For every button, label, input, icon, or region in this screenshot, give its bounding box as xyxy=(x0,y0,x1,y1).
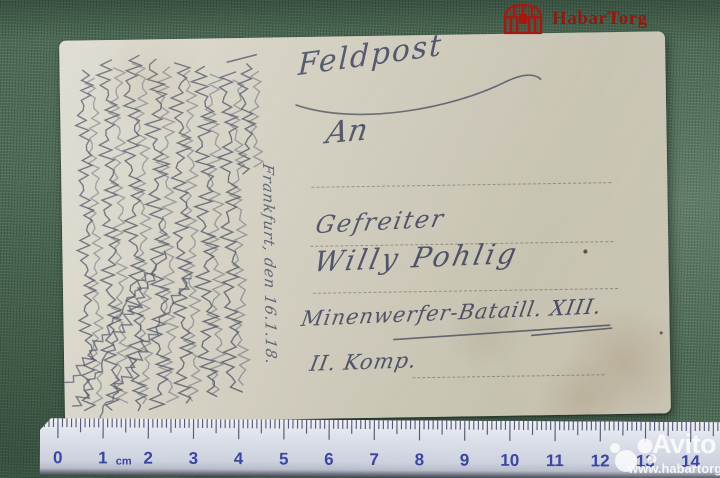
script-stroke xyxy=(64,273,157,382)
script-stroke xyxy=(247,72,263,167)
avito-brand-text: Avito xyxy=(652,429,716,460)
ruler-number: 1 xyxy=(98,448,108,468)
script-stroke xyxy=(296,75,542,115)
script-stroke xyxy=(74,70,98,410)
script-stroke xyxy=(85,78,105,403)
script-stroke xyxy=(98,279,193,423)
script-stroke xyxy=(70,251,169,406)
dateline: Frankfurt, den 16.1.18. xyxy=(259,162,280,366)
script-stroke xyxy=(191,66,221,396)
ink-speck xyxy=(660,331,663,334)
avito-watermark: Avito www.habartorg.ru xyxy=(606,427,720,477)
address-unit: Minenwerfer-Bataill. XIII. xyxy=(299,294,603,331)
script-stroke xyxy=(155,67,180,402)
ink-speck xyxy=(583,250,587,254)
script-stroke xyxy=(143,59,173,409)
address-printed-line xyxy=(311,182,611,188)
ruler-number: 0 xyxy=(53,448,63,468)
ruler-number: 6 xyxy=(324,450,334,470)
script-stroke xyxy=(108,68,130,403)
habartorg-brand-text: HabarTorg xyxy=(552,8,648,30)
script-stroke xyxy=(236,64,256,174)
ruler-number: 3 xyxy=(189,449,199,469)
ruler-number: 5 xyxy=(279,449,289,469)
script-stroke xyxy=(97,60,124,410)
watermark-url: www.habartorg.ru xyxy=(628,461,720,476)
script-stroke xyxy=(180,71,202,401)
ruler-number: 7 xyxy=(369,450,379,470)
address-printed-line xyxy=(412,374,604,378)
ruler-number: 8 xyxy=(415,450,425,470)
ruler-number: 4 xyxy=(234,449,244,469)
address-company: II. Komp. xyxy=(308,348,419,376)
treasure-chest-icon xyxy=(502,2,544,36)
ruler-number: 11 xyxy=(546,451,564,471)
script-stroke xyxy=(121,55,148,410)
script-stroke xyxy=(217,72,243,392)
address-rank: Gefreiter xyxy=(313,204,447,239)
photo-scene: Feldpost An Gefreiter Willy Pohlig Minen… xyxy=(0,0,720,478)
ruler-unit-label: cm xyxy=(116,455,132,467)
postcard-heading: Feldpost xyxy=(297,28,443,84)
address-printed-line xyxy=(313,288,618,294)
ruler-number: 9 xyxy=(460,451,470,471)
ruler-number: 10 xyxy=(500,451,519,471)
habartorg-watermark: HabarTorg xyxy=(502,2,648,36)
script-stroke xyxy=(227,55,256,62)
script-stroke xyxy=(132,63,154,403)
script-stroke xyxy=(394,325,610,339)
script-stroke xyxy=(532,328,612,335)
script-stroke xyxy=(228,80,250,385)
ruler-number: 2 xyxy=(143,449,153,469)
script-stroke xyxy=(169,63,196,403)
postcard: Feldpost An Gefreiter Willy Pohlig Minen… xyxy=(59,31,671,422)
address-to-label: An xyxy=(324,112,371,151)
script-stroke xyxy=(203,74,228,394)
